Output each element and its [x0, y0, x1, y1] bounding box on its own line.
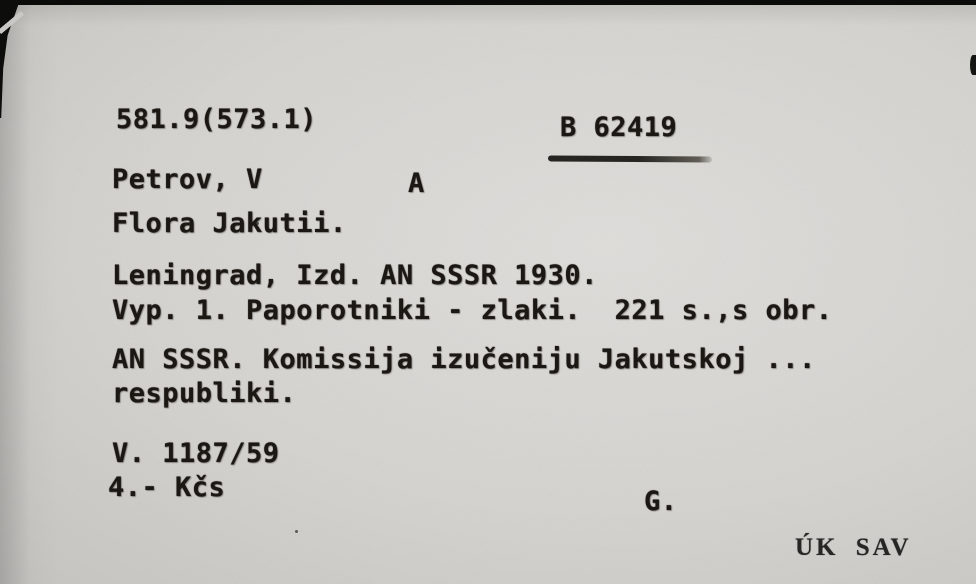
price: 4.- Kčs	[108, 472, 225, 503]
scan-top-edge	[0, 0, 976, 5]
ink-speck	[295, 530, 298, 533]
library-stamp: ÚK SAV	[795, 534, 912, 562]
series-note-line2: respubliki.	[112, 378, 296, 409]
letter-mark: G.	[644, 486, 678, 517]
title: Flora Jakutii.	[112, 208, 347, 239]
collation-line: Vyp. 1. Paporotniki - zlaki. 221 s.,s ob…	[112, 295, 832, 326]
scan-right-notch	[970, 55, 976, 75]
call-number: B 62419	[560, 112, 677, 143]
call-number-underline	[548, 155, 712, 162]
accession-number: V. 1187/59	[112, 438, 280, 469]
author-mark: A	[408, 168, 425, 199]
catalog-card-scan: 581.9(573.1) B 62419 Petrov, V A Flora J…	[0, 0, 976, 584]
imprint-line: Leningrad, Izd. AN SSSR 1930.	[112, 260, 598, 291]
classification-number: 581.9(573.1)	[116, 104, 317, 135]
series-note-line1: AN SSSR. Komissija izučeniju Jakutskoj .…	[112, 344, 816, 375]
author-name: Petrov, V	[112, 164, 263, 195]
